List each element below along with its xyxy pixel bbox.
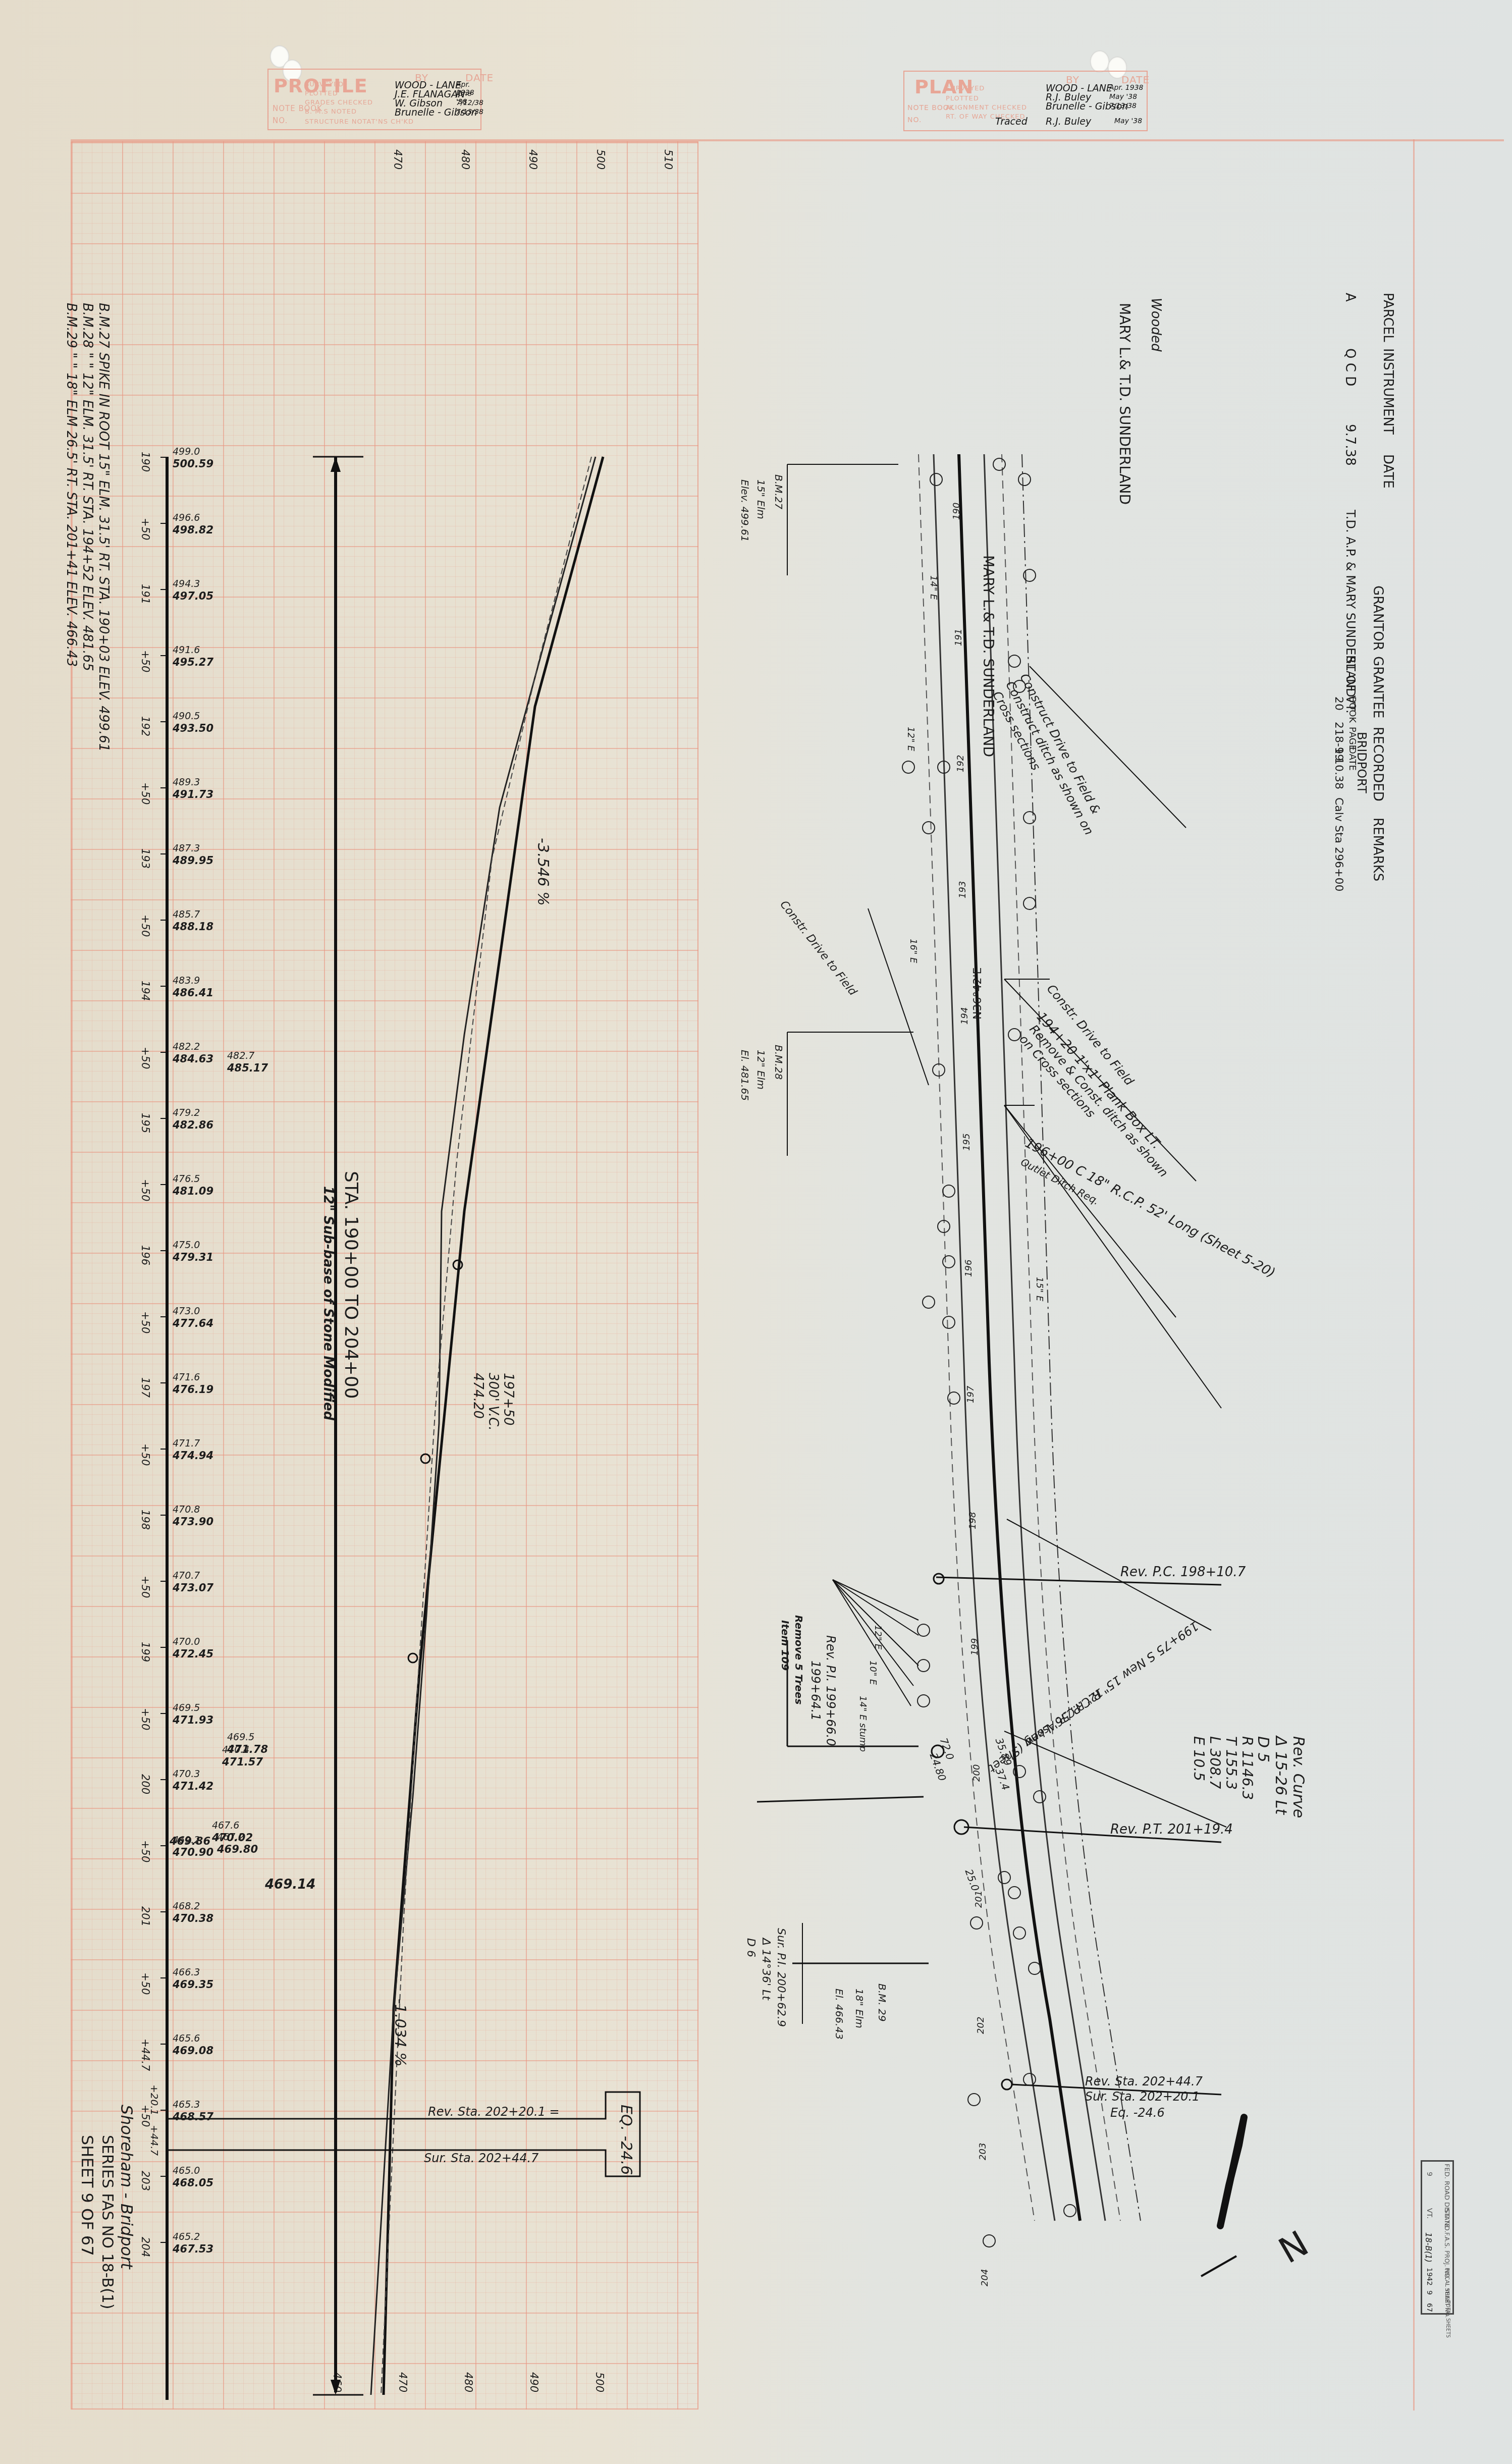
curve-title: Rev. Curve (1289, 1736, 1307, 1818)
grade-elevation: 469.35 (173, 1978, 213, 1991)
bm28-tree: 12" Elm (755, 1050, 767, 1090)
station-label: 196 (139, 1245, 151, 1265)
ground-elevation: 475.0 (173, 1239, 213, 1251)
station-label: +50 (139, 1311, 151, 1333)
grade-elevation: 477.64 (173, 1317, 213, 1329)
instrument-header: INSTRUMENT (1380, 348, 1395, 435)
bearing-label: N36°42'E (971, 968, 984, 1020)
rev-sta-label: Rev. Sta. 202+20.1 = (428, 2105, 560, 2119)
station-label: +50 (139, 1708, 151, 1730)
ground-elevation: 479.2 (173, 1107, 213, 1119)
station-tick (160, 1118, 168, 1119)
elevation-pair: 469.5471.93 (173, 1702, 213, 1726)
station-tick (160, 1779, 168, 1780)
date-value: 9.7.38 (1342, 424, 1358, 466)
station-label: +50 (139, 1972, 151, 1995)
ground-elevation: 470.0 (173, 1636, 213, 1648)
station-label: 204 (139, 2237, 151, 2257)
station-label: +50 (139, 2105, 151, 2127)
stamp-state-value: VT. (1425, 2208, 1433, 2219)
grantor-header: GRANTOR (1370, 585, 1385, 651)
grade-elevation: 474.94 (173, 1450, 213, 1462)
station-tick (160, 523, 168, 524)
station-label: +50 (139, 1443, 151, 1466)
elevation-pair: 475.0479.31 (173, 1239, 213, 1263)
station-tick (160, 1713, 168, 1714)
curve-d: D 5 (1254, 1736, 1272, 1762)
station-tick (160, 920, 168, 921)
ground-elevation: 490.5 (173, 710, 213, 722)
ground-elevation: 466.3 (173, 1966, 213, 1978)
elevation-pair: 491.6495.27 (173, 644, 213, 668)
elevation-pair: 465.2467.53 (173, 2231, 213, 2255)
stamp-fiscal-value: 1942 (1425, 2268, 1433, 2286)
bm29-label: B.M. 29 (876, 1984, 888, 2022)
bm27-tree: 15" Elm (755, 479, 767, 519)
station-tick (160, 655, 168, 656)
elevation-pair: 470.7473.07 (173, 1570, 213, 1594)
book-value: 20 (1332, 697, 1345, 711)
station-tick (160, 787, 168, 788)
station-label: 198 (139, 1510, 151, 1530)
grade-elevation: 489.95 (173, 854, 213, 867)
stamp-total-value: 67 (1425, 2303, 1433, 2312)
curve-l: L 308.7 (1207, 1736, 1223, 1789)
station-label: 194 (139, 981, 151, 1001)
elevation-pair: 470.0472.45 (173, 1636, 213, 1660)
plan-station-tick: 196 (963, 1260, 974, 1277)
grade-elevation: 500.59 (173, 458, 213, 470)
eq-plan-label: Eq. -24.6 (1110, 2106, 1165, 2120)
tree-label: 12" E (905, 727, 916, 751)
elevation-pair: 465.6469.08 (173, 2032, 213, 2057)
bm28-label: B.M.28 (773, 1045, 785, 1080)
ground-elevation: 499.0 (173, 446, 213, 458)
tree-label: 10" E (868, 1660, 878, 1685)
stamp-state: STATE (1443, 2208, 1450, 2228)
plan-station-tick: 197 (965, 1386, 976, 1403)
station-tick (160, 986, 168, 987)
ground-elevation: 465.2 (173, 2231, 213, 2243)
station-label: 201 (139, 1906, 151, 1926)
grade-elevation: 498.82 (173, 524, 213, 536)
station-label: +50 (139, 650, 151, 672)
plan-station-tick: 198 (967, 1512, 978, 1529)
station-tick (160, 1515, 168, 1516)
grantee-header: GRANTEE (1370, 656, 1385, 718)
plan-station-tick: 194 (959, 1007, 970, 1025)
ground-elevation: 487.3 (173, 842, 213, 854)
tree-label: 15" E (1034, 1277, 1045, 1301)
parcel-header: PARCEL (1380, 293, 1395, 342)
north-arrow-icon (1231, 2115, 1236, 2120)
sur-sta-label: Sur. Sta. 202+44.7 (424, 2151, 538, 2165)
sheet-number: SHEET 9 OF 67 (78, 2135, 97, 2256)
station-label: +50 (139, 1840, 151, 1862)
remarks-value: Calv Sta 296+00 (1332, 797, 1345, 891)
station-tick (160, 589, 168, 590)
ground-elevation: 470.7 (173, 1570, 213, 1582)
bm28-elev: El. 481.65 (739, 1050, 751, 1101)
station-tick (160, 1250, 168, 1251)
elevation-pair: 490.5493.50 (173, 710, 213, 734)
station-label: 190 (139, 452, 151, 472)
remarks-header: REMARKS (1370, 818, 1385, 881)
grade-elevation: 471.93 (173, 1714, 213, 1726)
rev-pi-label: Rev. P.I. 199+66.0 (824, 1635, 838, 1746)
plan-station-tick: 191 (953, 629, 964, 646)
elevation-pair: 465.3468.57 (173, 2099, 213, 2123)
wooded-label: Wooded (1148, 298, 1163, 352)
project-name: Shoreham - Bridport (117, 2105, 136, 2269)
station-tick (160, 457, 168, 458)
station-tick (160, 1845, 168, 1846)
ground-elevation: 468.2 (173, 1900, 213, 1912)
elevation-pair: 482.2484.63 (173, 1041, 213, 1065)
ground-elevation: 465.3 (173, 2099, 213, 2111)
grade-elevation: 481.09 (173, 1185, 213, 1197)
elevation-pair: 485.7488.18 (173, 908, 213, 933)
station-tick (160, 1382, 168, 1383)
stamp-sheet-value: 9 (1425, 2290, 1433, 2295)
grade-elevation: 468.57 (173, 2111, 213, 2123)
ground-elevation: 469.5 (173, 1702, 213, 1714)
parcel-value: A (1342, 293, 1358, 302)
ground-elevation: 470.8 (173, 1504, 213, 1516)
bm29-tree: 18" Elm (853, 1989, 866, 2028)
ground-elevation: 470.3 (173, 1768, 213, 1780)
plan-station-tick: 192 (955, 755, 966, 772)
grade-elevation: 470.90 (173, 1846, 213, 1858)
grade-elevation: 473.90 (173, 1516, 213, 1528)
plan-station-tick: 190 (951, 503, 962, 520)
station-label: +50 (139, 782, 151, 805)
elevation-pair: 496.6498.82 (173, 512, 213, 536)
sur-pi-delta: Δ 14°36' Lt (760, 1938, 772, 2000)
station-tick (160, 2044, 168, 2045)
ground-elevation: 476.5 (173, 1173, 213, 1185)
sta-mark: +44.7 (148, 2125, 160, 2156)
station-label: +50 (139, 1576, 151, 1598)
tree-label: 14" E (928, 575, 939, 600)
plan-station-tick: 200 (971, 1764, 982, 1782)
sur-pi-label: Sur. P.I. 200+62.9 (775, 1928, 787, 2027)
tree-label: 12" E (873, 1625, 883, 1649)
grade-percent-1: -3.546 % (534, 838, 552, 906)
grade-elevation: 484.63 (173, 1053, 213, 1065)
station-label: 195 (139, 1113, 151, 1133)
rec-date-value: 9.10.38 (1332, 747, 1345, 789)
rec-date-label: DATE (1347, 747, 1358, 771)
elevation-pair: 466.3469.35 (173, 1966, 213, 1991)
grade-elevation: 482.86 (173, 1119, 213, 1131)
rev-pc-label: Rev. P.C. 198+10.7 (1120, 1565, 1246, 1580)
elevation-pair: 471.7474.94 (173, 1437, 213, 1462)
ground-elevation: 465.0 (173, 2165, 213, 2177)
station-tick (160, 1647, 168, 1648)
grade-elevation: 472.45 (173, 1648, 213, 1660)
elevation-pair: 489.3491.73 (173, 776, 213, 800)
elevation-pair: 483.9486.41 (173, 975, 213, 999)
ground-elevation: 494.3 (173, 578, 213, 590)
curve-t: T 155.3 (1223, 1736, 1239, 1790)
stamp-dist-no: 9 (1425, 2172, 1433, 2176)
grade-elevation: 486.41 (173, 987, 213, 999)
grade-elevation: 476.19 (173, 1383, 213, 1396)
ground-elevation: 471.6 (173, 1371, 213, 1383)
drawing-linework (0, 0, 1512, 2464)
elevation-pair: 479.2482.86 (173, 1107, 213, 1131)
station-tick (160, 2110, 168, 2111)
elevation-pair: 470.8473.90 (173, 1504, 213, 1528)
sur-pi-d: D 6 (744, 1938, 757, 1957)
station-label: 193 (139, 848, 151, 869)
station-tick (160, 1052, 168, 1053)
elevation-pair: 476.5481.09 (173, 1173, 213, 1197)
elevation-pair: 468.2470.38 (173, 1900, 213, 1924)
station-tick (160, 2242, 168, 2243)
rev-pi-label-b: 199+64.1 (808, 1660, 823, 1721)
ground-elevation: 491.6 (173, 644, 213, 656)
ground-elevation: 469.2 (173, 1834, 213, 1846)
date-header: DATE (1380, 454, 1395, 489)
station-tick (160, 1184, 168, 1185)
ground-elevation: 465.6 (173, 2032, 213, 2045)
grade-elevation: 473.07 (173, 1582, 213, 1594)
tree-label: 14" E stump (857, 1696, 868, 1752)
project-series: SERIES FAS NO 18-B(1) (98, 2135, 116, 2309)
station-label: +50 (139, 1047, 151, 1069)
ground-elevation: 482.2 (173, 1041, 213, 1053)
plan-station-tick: 204 (980, 2269, 990, 2286)
plan-station-tick: 202 (976, 2017, 986, 2034)
station-tick (160, 853, 168, 854)
station-tick (160, 2176, 168, 2177)
station-label: 200 (139, 1774, 151, 1794)
plan-station-tick: 193 (957, 881, 968, 898)
grade-elevation: 491.73 (173, 788, 213, 800)
plan-station-tick: 203 (978, 2143, 988, 2160)
ground-elevation: 473.0 (173, 1305, 213, 1317)
vertical-curve-label: 197+50 300' V.C. 474.20 (470, 1373, 516, 1431)
recorded-header: RECORDED (1370, 727, 1385, 801)
curve-r: R 1146.3 (1239, 1736, 1256, 1800)
station-label: 197 (139, 1377, 151, 1398)
owner-label: MARY L.& T.D. SUNDERLAND (1116, 303, 1133, 505)
bm29-elev: El. 466.43 (833, 1989, 845, 2040)
grade-percent-2: -1.034 % (391, 1999, 409, 2067)
stamp-total: TOTAL SHEETS (1445, 2300, 1450, 2338)
sur-sta-plan-label: Sur. Sta. 202+20.1 (1085, 2090, 1200, 2104)
elevation-pair: 487.3489.95 (173, 842, 213, 867)
owner-label: MARY L.& T.D. SUNDERLAND (980, 555, 997, 757)
bm27-label: B.M.27 (773, 474, 785, 509)
tree-label: 16" E (908, 939, 919, 963)
elevation-pair: 469.2470.90 (173, 1834, 213, 1858)
rev-sta-plan-label: Rev. Sta. 202+44.7 (1085, 2074, 1203, 2088)
grade-elevation: 479.31 (173, 1251, 213, 1263)
grade-elevation: 495.27 (173, 656, 213, 668)
drawing-sheet: PROFILE BY DATE NOTE BOOK NO. SURVEYED P… (0, 0, 1512, 2464)
grade-elevation: 497.05 (173, 590, 213, 602)
plan-station-tick: 201 (974, 1891, 984, 1908)
station-tick (160, 1316, 168, 1317)
subbase-label: 12" Sub-base of Stone Modified (320, 1186, 336, 1420)
elevation-pair: 473.0477.64 (173, 1305, 213, 1329)
grade-elevation: 488.18 (173, 921, 213, 933)
plan-station-tick: 195 (961, 1134, 972, 1151)
grade-elevation: 467.53 (173, 2243, 213, 2255)
elevation-pair: 465.0468.05 (173, 2165, 213, 2189)
curve-e: E 10.5 (1191, 1736, 1207, 1781)
ground-elevation: 496.6 (173, 512, 213, 524)
grade-elevation: 469.08 (173, 2045, 213, 2057)
grade-elevation: 493.50 (173, 722, 213, 734)
grade-elevation: 468.05 (173, 2177, 213, 2189)
elevation-pair: 494.3497.05 (173, 578, 213, 602)
bm27-elev: Elev. 499.61 (739, 479, 751, 542)
elevation-pair: 499.0500.59 (173, 446, 213, 470)
station-label: +50 (139, 1179, 151, 1201)
ground-elevation: 483.9 (173, 975, 213, 987)
project-stamp: FED. ROAD DIST. NO. 9 STATE VT. F.A.S. P… (1421, 2160, 1454, 2315)
station-label: 199 (139, 1642, 151, 1662)
grade-elevation: 471.42 (173, 1780, 213, 1792)
station-tick (160, 721, 168, 722)
station-tick (160, 1449, 168, 1450)
stamp-proj-value: 18-B(1) (1424, 2232, 1433, 2263)
station-label: +44.7 (139, 2039, 151, 2071)
station-tick (160, 1581, 168, 1582)
station-label: +50 (139, 518, 151, 540)
ground-elevation: 471.7 (173, 1437, 213, 1450)
rev-pt-label: Rev. P.T. 201+19.4 (1110, 1822, 1233, 1837)
curve-delta: Δ 15-26 Lt (1272, 1736, 1289, 1814)
station-label: +50 (139, 915, 151, 937)
station-label: 191 (139, 584, 151, 604)
grade-elevation: 470.38 (173, 1912, 213, 1924)
remove-trees-note: Remove 5 Trees (793, 1615, 805, 1704)
sta-range-label: STA. 190+00 TO 204+00 (341, 1171, 361, 1399)
station-tick (160, 1977, 168, 1978)
ground-elevation: 489.3 (173, 776, 213, 788)
equation-label: EQ. -24.6 (617, 2105, 635, 2175)
item-number: Item 109 (779, 1620, 791, 1671)
elevation-pair: 471.6476.19 (173, 1371, 213, 1396)
elevation-pair: 470.3471.42 (173, 1768, 213, 1792)
station-tick (160, 1911, 168, 1912)
ground-elevation: 485.7 (173, 908, 213, 921)
plan-station-tick: 199 (969, 1638, 980, 1655)
grantee-value: ST OF VT. (1343, 656, 1358, 714)
station-label: 192 (139, 716, 151, 736)
station-label: 203 (139, 2171, 151, 2191)
instrument-value: Q C D (1342, 348, 1358, 386)
